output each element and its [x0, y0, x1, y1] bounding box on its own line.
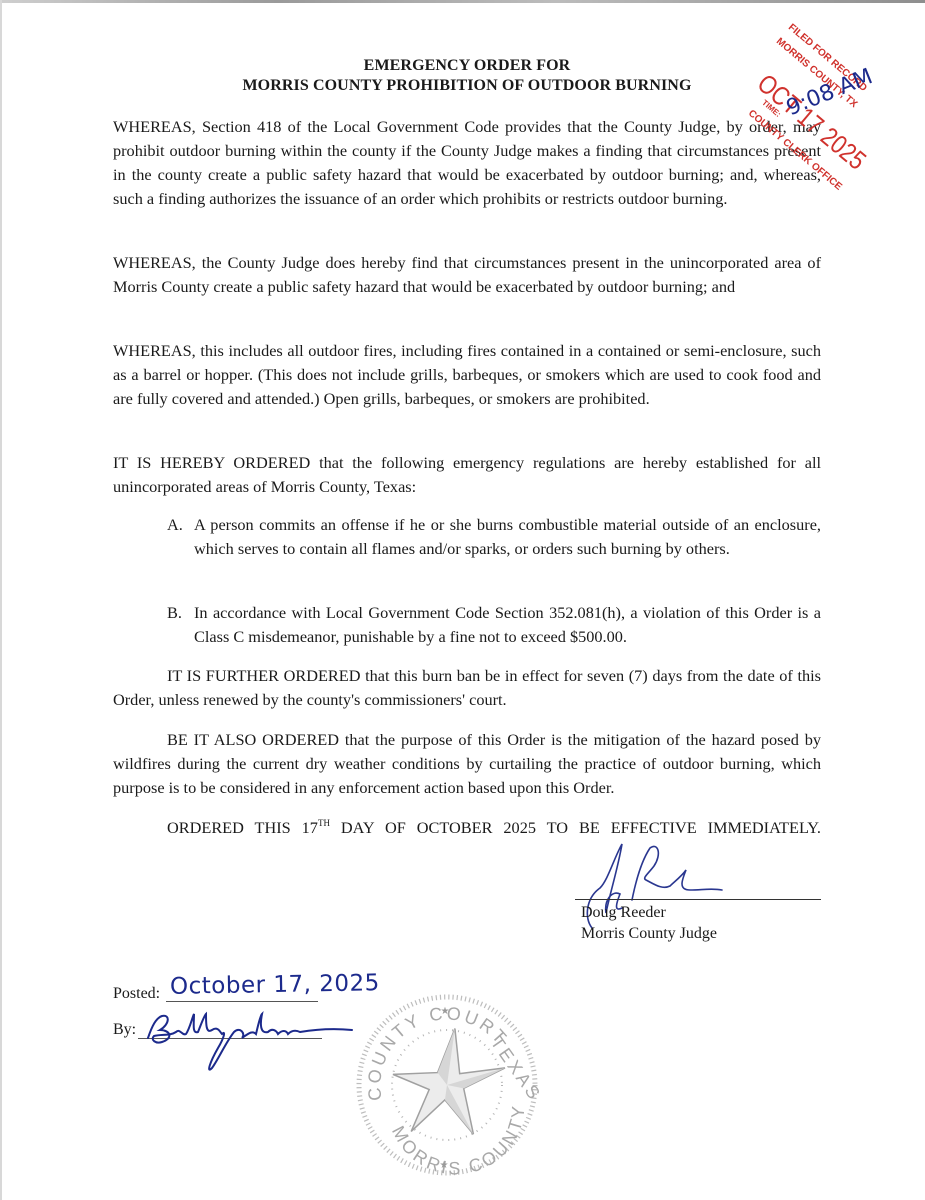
signer-title: Morris County Judge — [581, 923, 717, 944]
whereas-paragraph-1: WHEREAS, Section 418 of the Local Govern… — [113, 115, 821, 211]
ordered-this-line: ORDERED THIS 17TH DAY OF OCTOBER 2025 TO… — [167, 816, 821, 840]
ordered-this-prefix: ORDERED THIS 17 — [167, 818, 318, 837]
posted-label: Posted: — [113, 985, 160, 1003]
stamp-time-handwritten: 9:08 AM — [783, 64, 876, 121]
seal-top-star-icon: ★ — [441, 1006, 450, 1017]
signature-line — [575, 899, 821, 900]
regulation-item-b: B. In accordance with Local Government C… — [167, 601, 821, 649]
posted-date-handwritten: October 17, 2025 — [170, 970, 380, 1000]
ordered-this-suffix: DAY OF OCTOBER 2025 TO BE EFFECTIVE IMME… — [330, 818, 821, 837]
scan-top-edge — [0, 0, 925, 3]
clerk-signature — [140, 1008, 360, 1078]
regulation-marker: A. — [167, 513, 183, 537]
posted-underline — [166, 1001, 318, 1002]
document-title-line-2: MORRIS COUNTY PROHIBITION OF OUTDOOR BUR… — [113, 77, 821, 95]
by-label: By: — [113, 1021, 136, 1039]
further-ordered-paragraph: IT IS FURTHER ORDERED that this burn ban… — [113, 664, 821, 712]
regulation-text: A person commits an offense if he or she… — [194, 515, 821, 558]
filing-stamp: FILED FOR RECORD MORRIS COUNTY, TX OCT 1… — [755, 20, 925, 170]
whereas-paragraph-2: WHEREAS, the County Judge does hereby fi… — [113, 251, 821, 299]
ordered-this-superscript: TH — [318, 818, 330, 828]
regulation-item-a: A. A person commits an offense if he or … — [167, 513, 821, 561]
scan-left-edge — [0, 0, 2, 1200]
document-title-line-1: EMERGENCY ORDER FOR — [113, 57, 821, 75]
hereby-ordered-paragraph: IT IS HEREBY ORDERED that the following … — [113, 451, 821, 499]
also-ordered-paragraph: BE IT ALSO ORDERED that the purpose of t… — [113, 728, 821, 800]
signer-name: Doug Reeder — [581, 902, 666, 923]
whereas-paragraph-3: WHEREAS, this includes all outdoor fires… — [113, 339, 821, 411]
county-court-seal: COUNTY COURT MORRIS COUNTY TEXAS ★ ★ — [352, 990, 542, 1180]
regulation-text: In accordance with Local Government Code… — [194, 603, 821, 646]
regulation-marker: B. — [167, 601, 182, 625]
seal-bottom-star-icon: ★ — [440, 1160, 449, 1171]
